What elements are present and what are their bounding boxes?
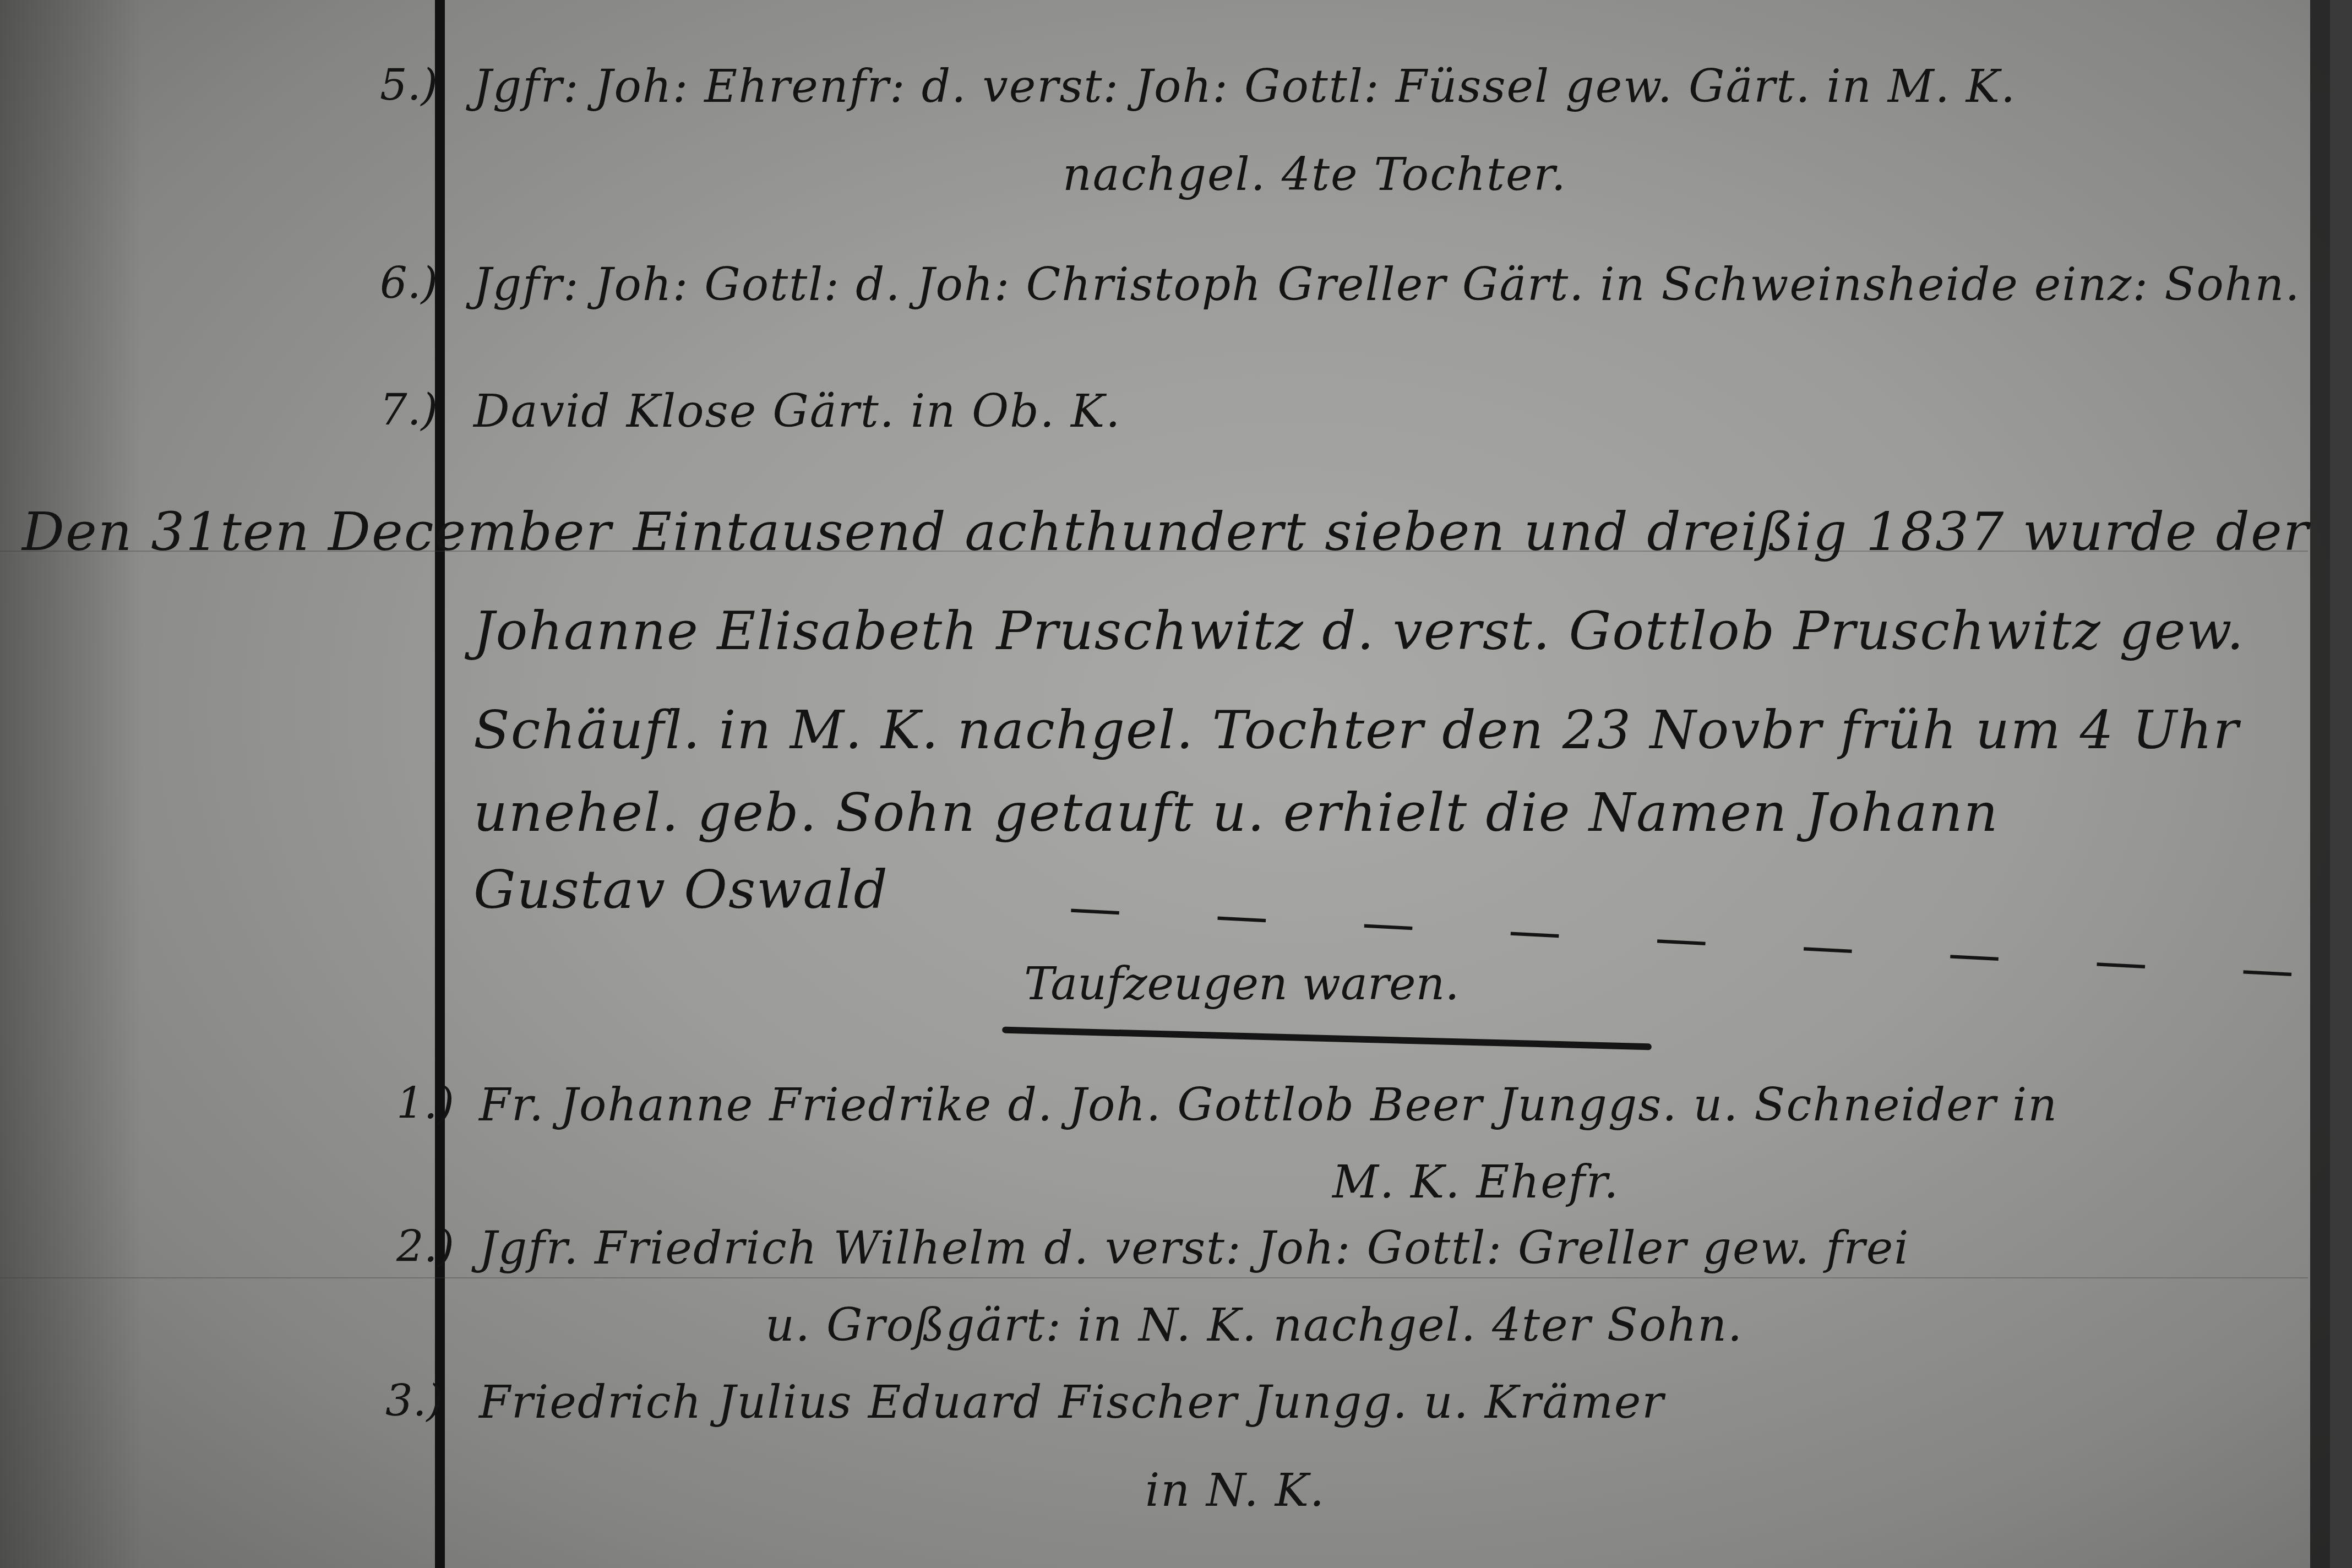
witness-line: M. K. Ehefr. — [1332, 1156, 1619, 1208]
register-page: 5.) Jgfr: Joh: Ehrenfr: d. verst: Joh: G… — [0, 0, 2352, 1568]
witness-line: nachgel. 4te Tochter. — [1063, 149, 1567, 201]
witness-line: David Klose Gärt. in Ob. K. — [473, 385, 1121, 438]
witness-number: 1.) — [396, 1079, 454, 1129]
binding-edge — [2330, 0, 2352, 1568]
witnesses-heading: Taufzeugen waren. — [1024, 958, 1460, 1010]
ruled-line — [0, 1277, 2308, 1278]
page-edge-rule — [2310, 0, 2330, 1568]
entry-date: Den 31ten December — [22, 501, 612, 563]
witness-number: 2.) — [396, 1222, 454, 1272]
entry-line: Eintausend achthundert sieben und dreißi… — [633, 501, 2310, 563]
page-shadow — [0, 0, 143, 1568]
entry-line: Schäufl. in M. K. nachgel. Tochter den 2… — [473, 699, 2240, 761]
witness-number: 6.) — [380, 259, 438, 308]
witness-number: 5.) — [380, 61, 438, 110]
entry-line: Johanne Elisabeth Pruschwitz d. verst. G… — [473, 600, 2245, 662]
margin-rule — [435, 0, 445, 1568]
witness-line: Fr. Johanne Friedrike d. Joh. Gottlob Be… — [479, 1079, 2058, 1131]
witness-number: 7.) — [380, 385, 438, 435]
witness-line: Friedrich Julius Eduard Fischer Jungg. u… — [479, 1376, 1665, 1429]
witness-line: Jgfr: Joh: Ehrenfr: d. verst: Joh: Gottl… — [473, 61, 2016, 113]
child-name: Gustav Oswald — [473, 859, 889, 921]
witness-line: Jgfr: Joh: Gottl: d. Joh: Christoph Grel… — [473, 259, 2301, 311]
heading-underline — [1002, 1027, 1652, 1050]
witness-line: in N. K. — [1145, 1464, 1325, 1517]
witness-line: u. Großgärt: in N. K. nachgel. 4ter Sohn… — [765, 1299, 1743, 1352]
witness-number: 3.) — [385, 1376, 443, 1426]
entry-line: unehel. geb. Sohn getauft u. erhielt die… — [473, 782, 1999, 843]
witness-line: Jgfr. Friedrich Wilhelm d. verst: Joh: G… — [479, 1222, 1910, 1275]
